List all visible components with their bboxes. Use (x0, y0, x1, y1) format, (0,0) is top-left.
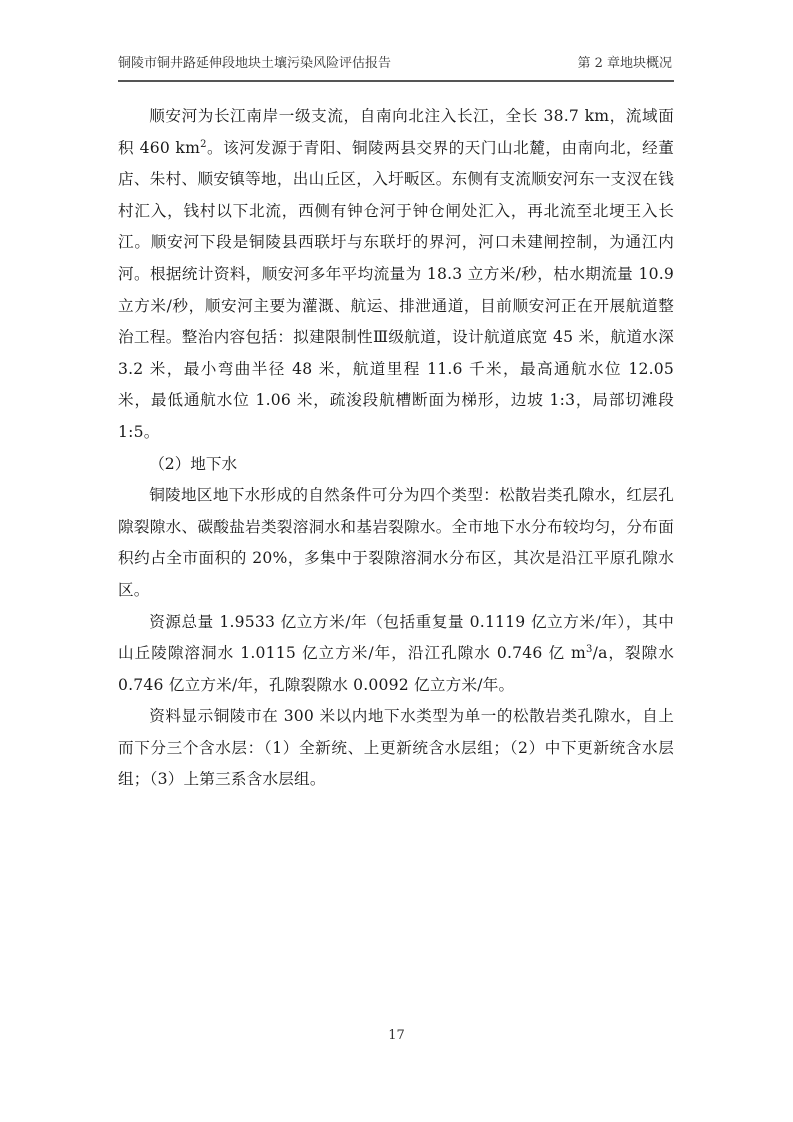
paragraph-aquifers: 资料显示铜陵市在 300 米以内地下水类型为单一的松散岩类孔隙水，自上而下分三个… (118, 701, 674, 796)
paragraph-groundwater-resources: 资源总量 1.9533 亿立方米/年（包括重复量 0.1119 亿立方米/年），… (118, 607, 674, 702)
header-divider (118, 80, 674, 82)
page-header: 铜陵市铜井路延伸段地块土壤污染风险评估报告 第 2 章地块概况 (118, 52, 674, 74)
paragraph-text: 。该河发源于青阳、铜陵两县交界的天门山北麓，由南向北，经董店、朱村、顺安镇等地，… (118, 139, 674, 441)
paragraph-shunan-river: 顺安河为长江南岸一级支流，自南向北注入长江，全长 38.7 km，流域面积 46… (118, 101, 674, 449)
page-body: 顺安河为长江南岸一级支流，自南向北注入长江，全长 38.7 km，流域面积 46… (118, 101, 674, 796)
page-number: 17 (0, 1028, 793, 1043)
paragraph-groundwater-types: 铜陵地区地下水形成的自然条件可分为四个类型：松散岩类孔隙水，红层孔隙裂隙水、碳酸… (118, 480, 674, 606)
section-heading-groundwater: （2）地下水 (118, 449, 674, 481)
report-title: 铜陵市铜井路延伸段地块土壤污染风险评估报告 (118, 52, 391, 71)
chapter-title: 第 2 章地块概况 (577, 52, 672, 71)
